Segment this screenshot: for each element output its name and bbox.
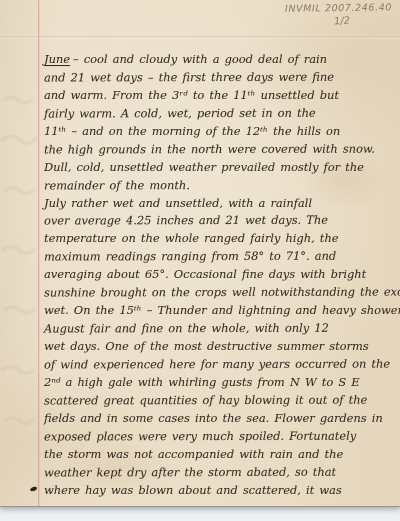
page-fraction-label: 1/2	[334, 15, 351, 27]
manuscript-line: fairly warm. A cold, wet, period set in …	[44, 104, 398, 123]
manuscript-line: and warm. From the 3ʳᵈ to the 11ᵗʰ unset…	[44, 87, 398, 105]
manuscript-line: the high grounds in the north were cover…	[44, 140, 398, 159]
ink-show-through	[0, 80, 46, 440]
manuscript-line: the storm was not accompanied with rain …	[44, 446, 398, 464]
manuscript-line: scattered great quantities of hay blowin…	[44, 391, 398, 410]
manuscript-line-text: – cool and cloudy with a good deal of ra…	[73, 52, 327, 66]
manuscript-line: remainder of the month.	[44, 176, 398, 195]
manuscript-line: of wind experienced here for many years …	[44, 355, 398, 374]
manuscript-line: 11ᵗʰ – and on the morning of the 12ᵗʰ th…	[44, 123, 398, 141]
manuscript-line: temperature on the whole ranged fairly h…	[44, 230, 398, 248]
margin-rule-line	[38, 0, 39, 506]
manuscript-line: over average 4.25 inches and 21 wet days…	[44, 212, 398, 231]
manuscript-page: INVMIL 2007.246.40 1/2 June– cool and cl…	[0, 0, 400, 506]
manuscript-line: August fair and fine on the whole, with …	[44, 320, 398, 339]
month-heading-june: June	[44, 52, 73, 66]
manuscript-line: July rather wet and unsettled, with a ra…	[44, 195, 398, 213]
archive-reference-label: INVMIL 2007.246.40	[285, 2, 392, 14]
ink-blot	[30, 486, 38, 492]
scan-backing: INVMIL 2007.246.40 1/2 June– cool and cl…	[0, 0, 400, 521]
manuscript-line: Dull, cold, unsettled weather prevailed …	[44, 159, 398, 177]
manuscript-line: wet days. One of the most destructive su…	[44, 338, 398, 356]
manuscript-line: sunshine brought on the crops well notwi…	[44, 284, 398, 303]
manuscript-line: maximum readings ranging from 58° to 71°…	[44, 248, 398, 267]
paper-crease	[0, 36, 400, 39]
manuscript-line: wet. On the 15ᵗʰ – Thunder and lightning…	[44, 302, 398, 320]
manuscript-line: fields and in some cases into the sea. F…	[44, 410, 398, 428]
manuscript-line: exposed places were very much spoiled. F…	[44, 427, 398, 446]
manuscript-line: averaging about 65°. Occasional fine day…	[44, 266, 398, 284]
manuscript-text-block: June– cool and cloudy with a good deal o…	[44, 51, 398, 499]
manuscript-line: 2ⁿᵈ a high gale with whirling gusts from…	[44, 374, 398, 392]
manuscript-line: weather kept dry after the storm abated,…	[44, 463, 398, 482]
manuscript-line: where hay was blown about and scattered,…	[44, 482, 398, 500]
manuscript-line: and 21 wet days – the first three days w…	[44, 68, 398, 87]
manuscript-line: June– cool and cloudy with a good deal o…	[44, 51, 398, 69]
